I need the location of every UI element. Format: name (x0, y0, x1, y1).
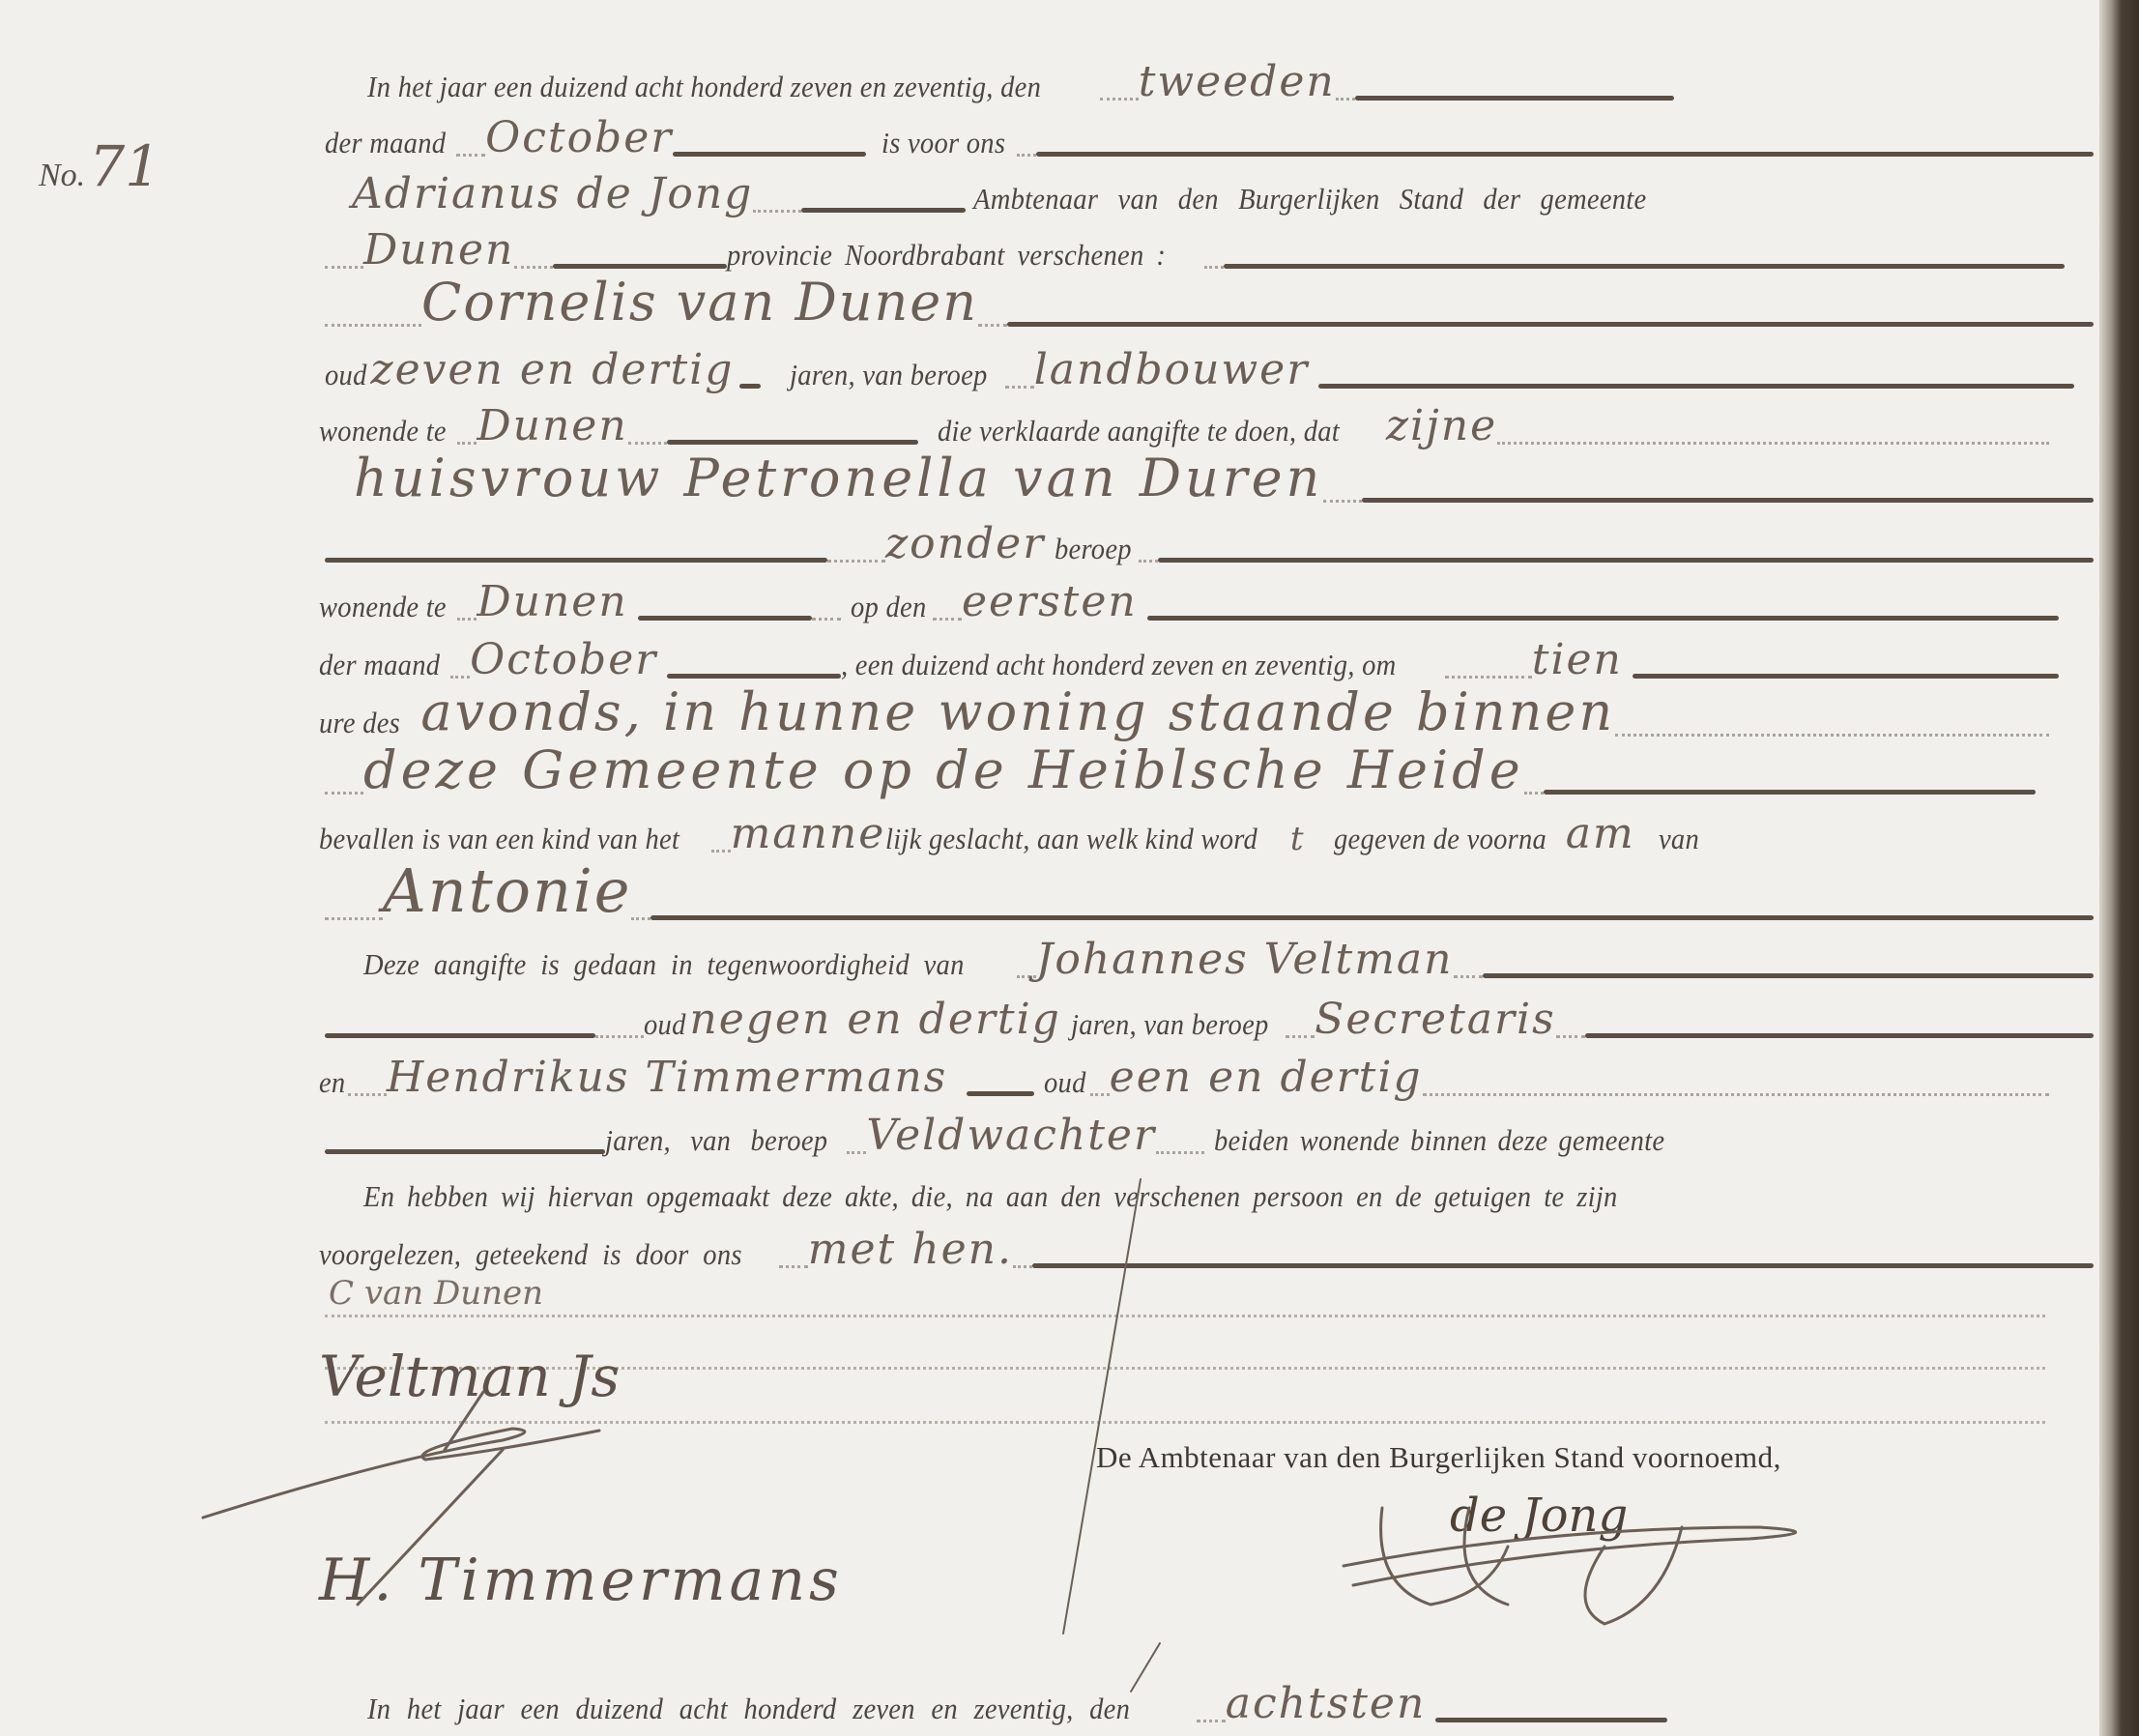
printed-text: In het jaar een duizend acht honderd zev… (367, 1692, 1130, 1730)
next-record-line: In het jaar een duizend acht honderd zev… (367, 1672, 2078, 1730)
fill-line (1435, 1718, 1667, 1722)
book-binding-edge (2099, 0, 2139, 1736)
handwritten-day: achtsten (1226, 1679, 1427, 1730)
signature-flourishes (0, 0, 2099, 1736)
document-page: No. 71 In het jaar een duizend acht hond… (0, 0, 2099, 1736)
